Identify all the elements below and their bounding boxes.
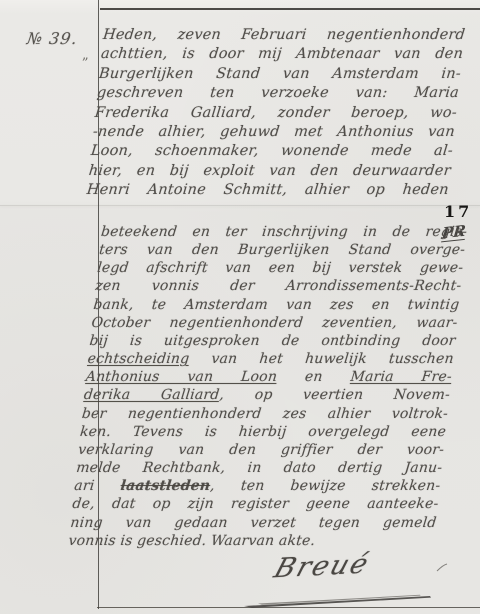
text-segment: beteekend en ter inschrijving in de regi… (100, 224, 468, 240)
text-line: geschreven ten verzoeke van: Maria (96, 84, 460, 103)
act-number: № 39. (26, 29, 79, 48)
text-segment: geschreven ten verzoeke van: Maria (96, 85, 460, 101)
text-segment: bank, te Amsterdam van zes en twintig (93, 297, 461, 313)
text-line: melde Rechtbank, in dato dertig Janu- (75, 459, 443, 477)
text-segment: legd afschrift van een bij verstek gewe- (96, 260, 464, 276)
text-segment: , ten bewijze strekken- (209, 478, 441, 494)
text-segment: Heden, zeven Februari negentienhonderd (102, 27, 466, 43)
text-segment: van het huwelijk tusschen (188, 351, 454, 367)
text-segment: ning van gedaan verzet tegen gemeld (70, 515, 438, 531)
top-rule (100, 8, 480, 10)
text-segment: vonnis is geschied. Waarvan akte. (68, 533, 316, 549)
text-line: legd afschrift van een bij verstek gewe- (96, 259, 464, 277)
text-segment: Henri Antoine Schmitt, alhier op heden (86, 182, 450, 198)
text-line: vonnis is geschied. Waarvan akte. (68, 532, 436, 550)
text-segment: October negentienhonderd zeventien, waar… (91, 315, 459, 331)
text-segment: Frederika Galliard, zonder beroep, wo- (94, 105, 458, 121)
text-line: zen vonnis der Arrondissements-Recht- (94, 277, 462, 295)
text-line: Burgerlijken Stand van Amsterdam in- (98, 65, 462, 84)
text-line: echtscheiding van het huwelijk tusschen (87, 350, 455, 368)
text-line: Loon, schoenmaker, wonende mede al- (90, 142, 454, 161)
act-paragraph-1: Heden, zeven Februari negentienhonderdac… (86, 26, 466, 201)
text-line: beteekend en ter inschrijving in de regi… (100, 223, 468, 241)
text-line: -nende alhier, gehuwd met Anthonius van (92, 123, 456, 142)
text-line: bank, te Amsterdam van zes en twintig (92, 296, 460, 314)
text-line: Henri Antoine Schmitt, alhier op heden (86, 181, 450, 200)
ditto-mark: „ (82, 48, 89, 63)
act-paragraph-2: beteekend en ter inschrijving in de regi… (68, 223, 468, 550)
text-segment: laatstleden (120, 478, 211, 494)
text-segment: verklaring van den griffier der voor- (77, 442, 445, 458)
page-number: 17 (444, 202, 472, 221)
text-line: ber negentienhonderd zes alhier voltrok- (81, 405, 449, 423)
text-line: ken. Tevens is hierbij overgelegd eene (79, 423, 447, 441)
text-segment: achttien, is door mij Ambtenaar van den (100, 46, 464, 62)
text-line: ters van den Burgerlijken Stand overge- (98, 241, 466, 259)
text-line: Frederika Galliard, zonder beroep, wo- (94, 104, 458, 123)
text-segment: Loon, schoenmaker, wonende mede al- (90, 143, 454, 159)
text-line: hier, en bij exploit van den deurwaarder (88, 162, 452, 181)
text-segment: zen vonnis der Arrondissements-Recht- (94, 278, 462, 294)
text-segment: ari (73, 478, 121, 494)
text-line: derika Galliard, op veertien Novem- (83, 386, 451, 404)
text-segment: bij is uitgesproken de ontbinding door (89, 333, 457, 349)
bottom-rule (97, 607, 480, 608)
text-line: de, dat op zijn register geene aanteeke- (71, 495, 439, 513)
text-line: bij is uitgesproken de ontbinding door (89, 332, 457, 350)
text-line: ari laatstleden, ten bewijze strekken- (73, 477, 441, 495)
text-line: Heden, zeven Februari negentienhonderd (102, 26, 466, 45)
text-line: achttien, is door mij Ambtenaar van den (100, 45, 464, 64)
text-segment: ber negentienhonderd zes alhier voltrok- (81, 406, 449, 422)
text-segment: ken. Tevens is hierbij overgelegd eene (79, 424, 447, 440)
text-line: Anthonius van Loon en Maria Fre- (85, 368, 453, 386)
text-segment: -nende alhier, gehuwd met Anthonius van (92, 124, 456, 140)
text-segment: melde Rechtbank, in dato dertig Janu- (75, 460, 443, 476)
text-line: October negentienhonderd zeventien, waar… (91, 314, 459, 332)
text-segment: derika Galliard (83, 387, 220, 403)
text-segment: echtscheiding (87, 351, 190, 367)
text-segment: hier, en bij exploit van den deurwaarder (88, 163, 452, 179)
text-segment: en (276, 369, 351, 385)
text-segment: de, dat op zijn register geene aanteeke- (72, 496, 440, 512)
text-segment: Burgerlijken Stand van Amsterdam in- (98, 66, 462, 82)
text-segment: , op veertien Novem- (219, 387, 451, 403)
text-segment: ters van den Burgerlijken Stand overge- (98, 242, 466, 258)
text-segment: Maria Fre- (350, 369, 453, 385)
text-line: ning van gedaan verzet tegen gemeld (70, 514, 438, 532)
registry-document-page: № 39. „ 17 PR Heden, zeven Februari nege… (0, 0, 480, 614)
text-line: verklaring van den griffier der voor- (77, 441, 445, 459)
registrar-signature: Breué (270, 549, 373, 585)
text-segment: Anthonius van Loon (85, 369, 278, 385)
page-seam (0, 205, 480, 206)
